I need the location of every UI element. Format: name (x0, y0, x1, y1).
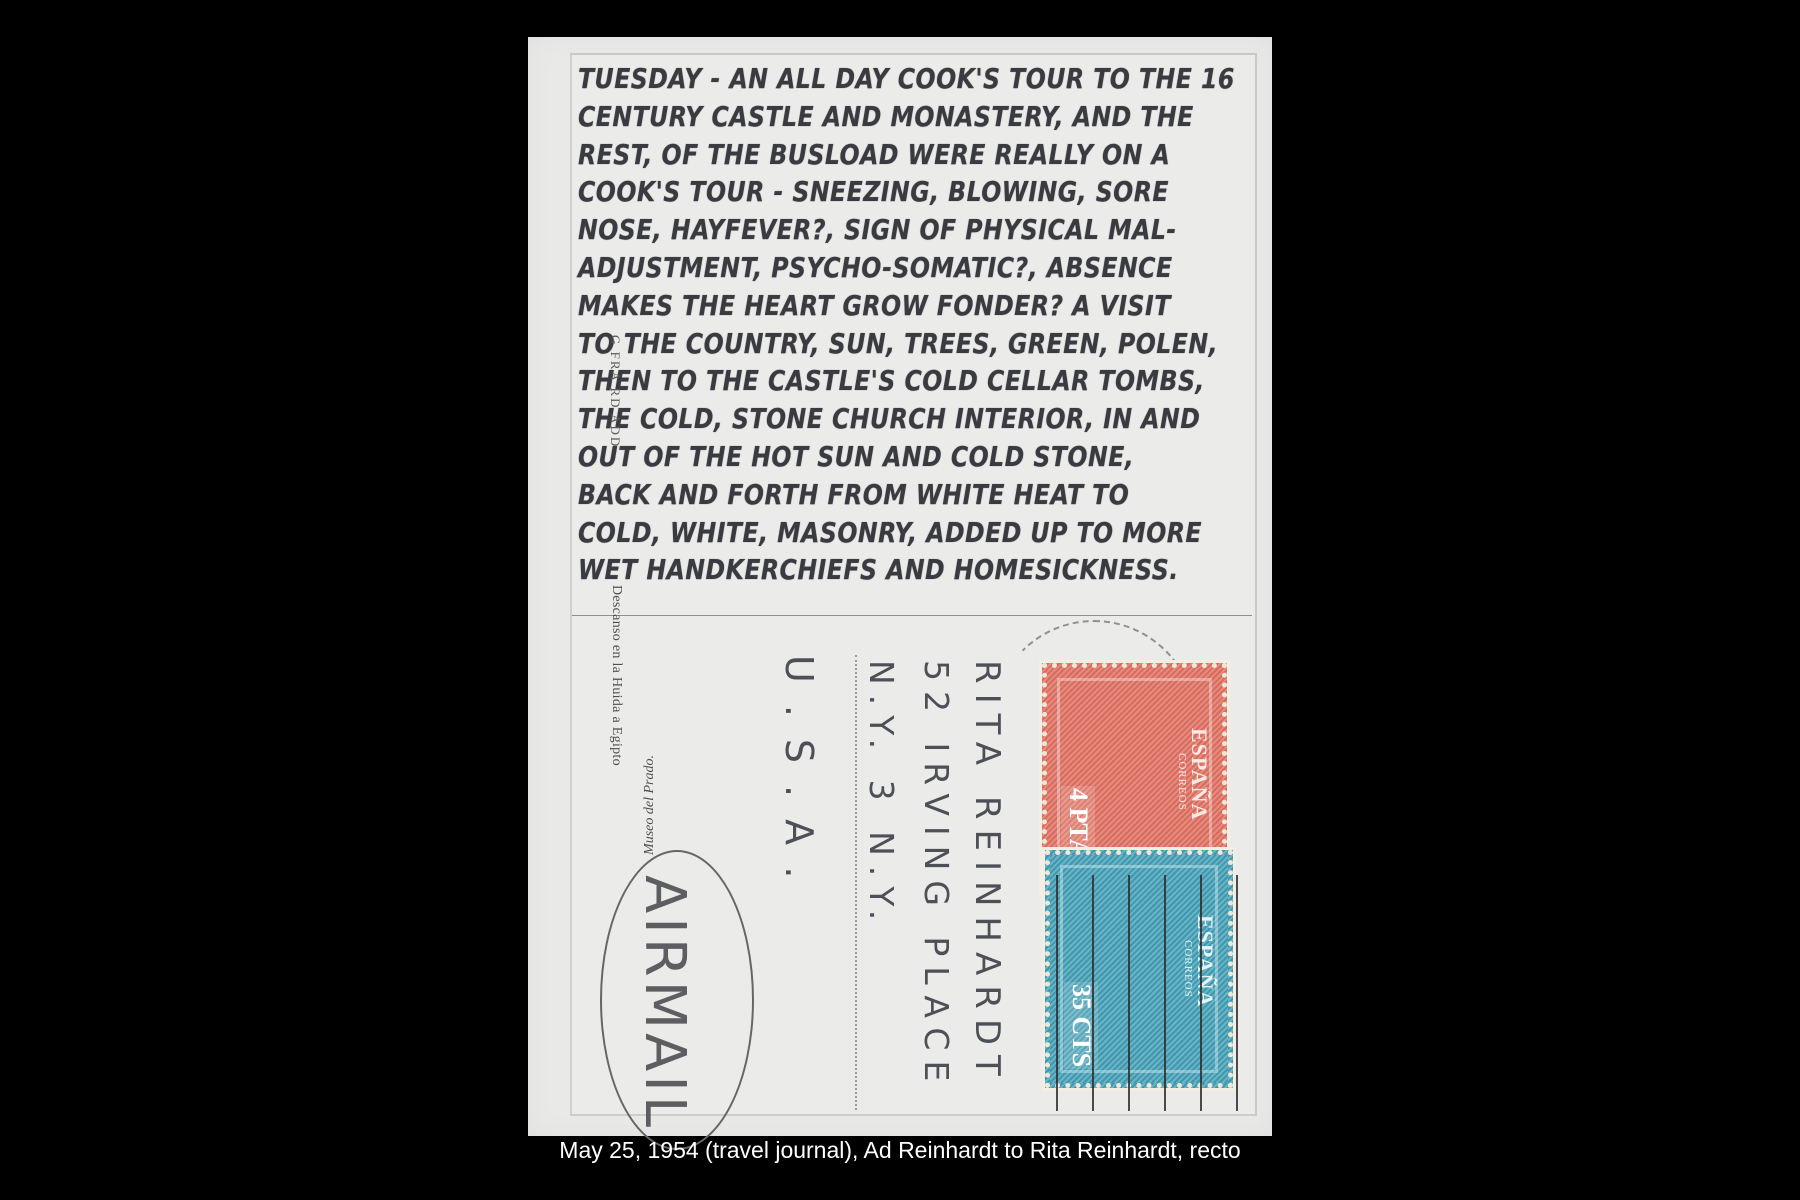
message-line: the cold, stone church interior, in and (578, 401, 1159, 439)
postcard-back: Tuesday - An all day Cook's tour to the … (570, 53, 1257, 1116)
stamp-subtitle: CORREOS (1176, 753, 1188, 811)
message-line: then to the castle's cold cellar tombs, (578, 363, 1159, 401)
message-line: adjustment, psycho-somatic?, absence (578, 250, 1159, 288)
address-street: 52 IRVING PLACE (917, 660, 956, 1091)
stamp-35-centimos: ESPAÑA CORREOS 35 CTS (1045, 850, 1233, 1088)
message-line: rest, of the busload were really on a (578, 137, 1159, 175)
stamp-country: ESPAÑA (1192, 915, 1218, 1007)
stamp-country: ESPAÑA (1186, 728, 1212, 820)
message-line: nose, hayfever?, sign of physical mal- (578, 212, 1159, 250)
image-caption: May 25, 1954 (travel journal), Ad Reinha… (0, 1137, 1800, 1164)
handwritten-message: Tuesday - An all day Cook's tour to the … (578, 61, 1254, 590)
printed-museum: Museo del Prado. (642, 755, 658, 855)
message-line: to the country, sun, trees, green, polen… (578, 326, 1159, 364)
message-line: century castle and monastery, and the (578, 99, 1159, 137)
address-divider (855, 655, 857, 1110)
airmail-label: AIRMAIL (632, 875, 697, 1131)
message-line: Cook's tour - sneezing, blowing, sore (578, 174, 1159, 212)
horizontal-divider (572, 615, 1252, 616)
message-line: back and forth from white heat to (578, 477, 1159, 515)
stamp-subtitle: CORREOS (1182, 940, 1194, 998)
message-line: makes the heart grow fonder? a visit (578, 288, 1159, 326)
message-line: Tuesday - An all day Cook's tour to the … (578, 61, 1159, 99)
printed-title: Descanso en la Huida a Egipto (608, 585, 624, 766)
message-line: cold, white, masonry, added up to more (578, 515, 1159, 553)
address-city: N.Y. 3 N.Y. (862, 660, 901, 930)
address-name: RITA REINHARDT (967, 660, 1007, 1086)
address-country: U.S.A. (777, 655, 821, 901)
postcard: Tuesday - An all day Cook's tour to the … (528, 37, 1272, 1136)
message-line: out of the hot sun and cold stone, (578, 439, 1159, 477)
message-line: wet handkerchiefs and homesickness. (578, 552, 1159, 590)
stamp-value: 35 CTS (1064, 982, 1098, 1069)
printed-credit: G FRA RD ADD (607, 335, 623, 448)
